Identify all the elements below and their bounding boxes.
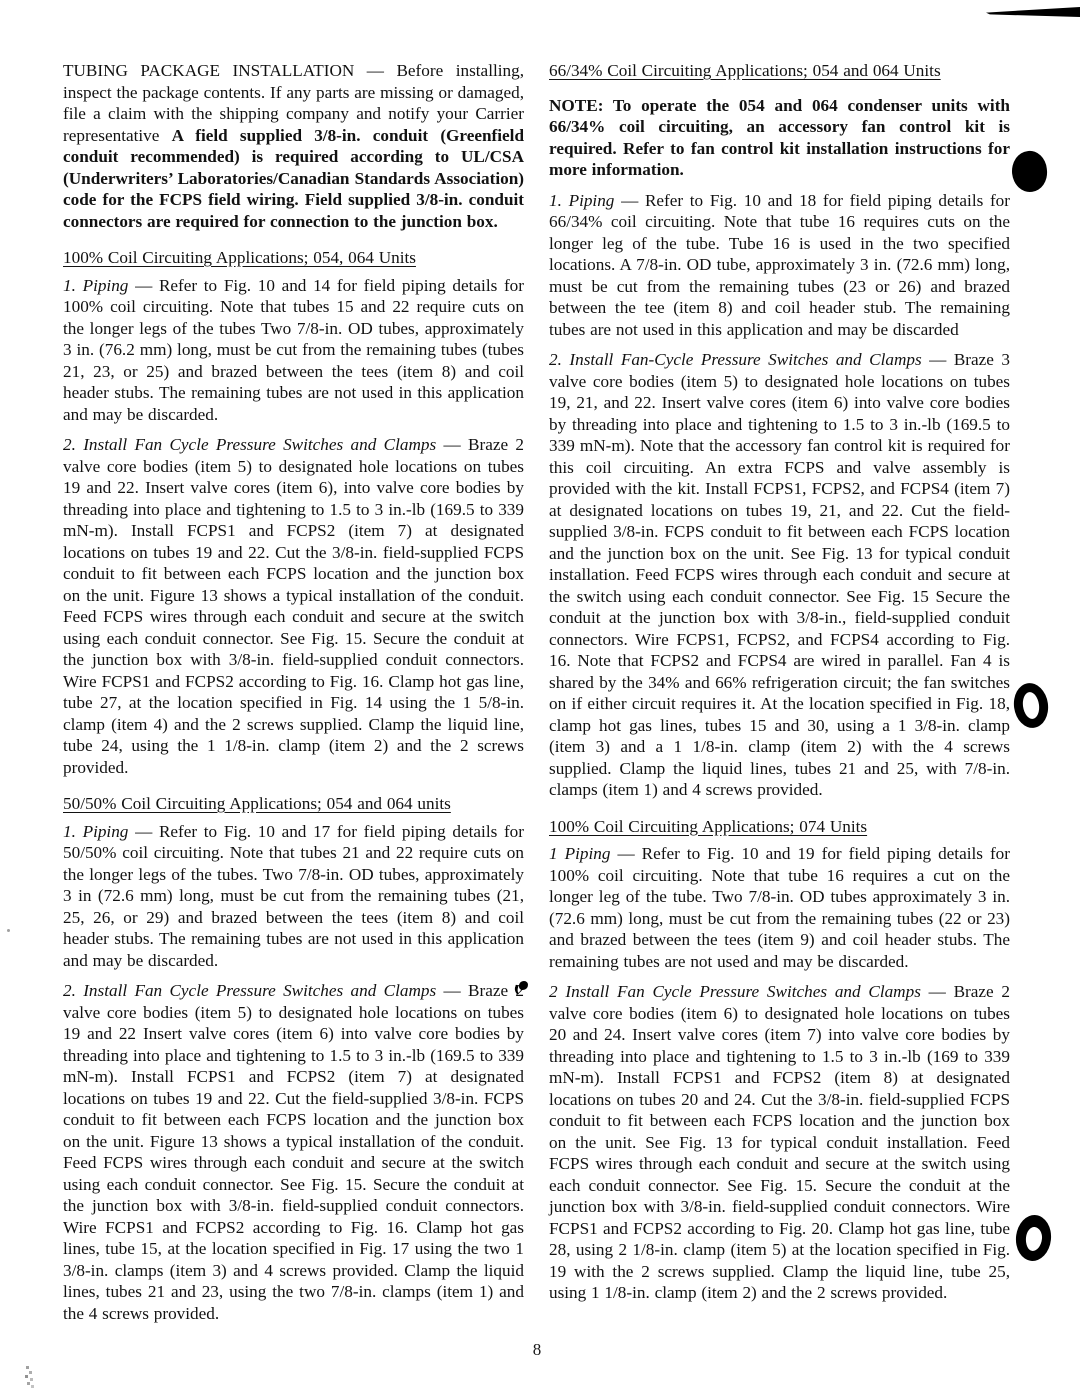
fan-control-kit-note: NOTE: To operate the 054 and 064 condens… — [549, 95, 1010, 181]
page-body: TUBING PACKAGE INSTALLATION — Before ins… — [63, 60, 1011, 1333]
heading-66-34pct-054-064-units: 66/34% Coil Circuiting Applications; 054… — [549, 60, 1010, 82]
piping-paragraph-100pct-054-064: 1. Piping — Refer to Fig. 10 and 14 for … — [63, 275, 524, 426]
text-run-italic: 2. Install Fan Cycle Pressure Switches a… — [63, 981, 436, 1000]
text-run-normal: 100% Coil Circuiting Applications; 074 U… — [549, 817, 867, 836]
text-run-normal: — Braze 2 valve core bodies (item 5) to … — [63, 435, 524, 777]
tubing-package-installation-paragraph: TUBING PACKAGE INSTALLATION — Before ins… — [63, 60, 524, 232]
text-run-bold: NOTE: To operate the 054 and 064 condens… — [549, 96, 1010, 180]
text-run-normal: 50/50% Coil Circuiting Applications; 054… — [63, 794, 451, 813]
smudge-mark — [26, 1366, 29, 1369]
speck-mark — [7, 929, 10, 932]
text-run-normal: 66/34% Coil Circuiting Applications; 054… — [549, 61, 941, 80]
heading-100pct-074-units: 100% Coil Circuiting Applications; 074 U… — [549, 816, 1010, 838]
ring-mark — [1014, 1213, 1054, 1262]
text-run-normal: — Braze 2 valve core bodies (item 6) to … — [549, 982, 1010, 1302]
text-run-italic: 1 Piping — [549, 844, 610, 863]
text-run-italic: 2. Install Fan Cycle Pressure Switches a… — [63, 435, 436, 454]
ink-wedge-mark — [986, 6, 1080, 18]
install-fcps-paragraph-100pct-054-064: 2. Install Fan Cycle Pressure Switches a… — [63, 434, 524, 778]
text-run-normal: — Refer to Fig. 10 and 19 for field pipi… — [549, 844, 1010, 971]
text-run-normal: — Braze 2 valve core bodies (item 5) to … — [63, 981, 524, 1323]
text-run-normal: — Refer to Fig. 10 and 14 for field pipi… — [63, 276, 524, 424]
text-run-italic: 2 Install Fan Cycle Pressure Switches an… — [549, 982, 921, 1001]
text-run-normal: — Refer to Fig. 10 and 17 for field pipi… — [63, 822, 524, 970]
piping-paragraph-66-34pct: 1. Piping — Refer to Fig. 10 and 18 for … — [549, 190, 1010, 341]
text-run-italic: 1. Piping — [63, 822, 128, 841]
scanned-manual-page: { "document": { "page_number": "8" }, "l… — [0, 0, 1080, 1397]
piping-paragraph-100pct-074: 1 Piping — Refer to Fig. 10 and 19 for f… — [549, 843, 1010, 972]
text-run-normal: — Refer to Fig. 10 and 18 for field pipi… — [549, 191, 1010, 339]
filled-dot-mark — [1010, 149, 1049, 193]
text-run-italic: 1. Piping — [63, 276, 128, 295]
text-run-italic: 2. Install Fan-Cycle Pressure Switches a… — [549, 350, 922, 369]
right-column: 66/34% Coil Circuiting Applications; 054… — [549, 60, 1010, 1333]
install-fcps-paragraph-100pct-074: 2 Install Fan Cycle Pressure Switches an… — [549, 981, 1010, 1304]
install-fcps-paragraph-66-34pct: 2. Install Fan-Cycle Pressure Switches a… — [549, 349, 1010, 801]
install-fcps-paragraph-50-50pct: 2. Install Fan Cycle Pressure Switches a… — [63, 980, 524, 1324]
text-run-normal: — Braze 3 valve core bodies (item 5) to … — [549, 350, 1010, 799]
heading-100pct-054-064-units: 100% Coil Circuiting Applications; 054, … — [63, 247, 524, 269]
text-run-normal: 100% Coil Circuiting Applications; 054, … — [63, 248, 416, 267]
piping-paragraph-50-50pct: 1. Piping — Refer to Fig. 10 and 17 for … — [63, 821, 524, 972]
page-number: 8 — [63, 1340, 1011, 1360]
ring-mark — [1011, 681, 1051, 730]
left-column: TUBING PACKAGE INSTALLATION — Before ins… — [63, 60, 524, 1333]
text-run-italic: 1. Piping — [549, 191, 614, 210]
heading-50-50pct-054-064-units: 50/50% Coil Circuiting Applications; 054… — [63, 793, 524, 815]
